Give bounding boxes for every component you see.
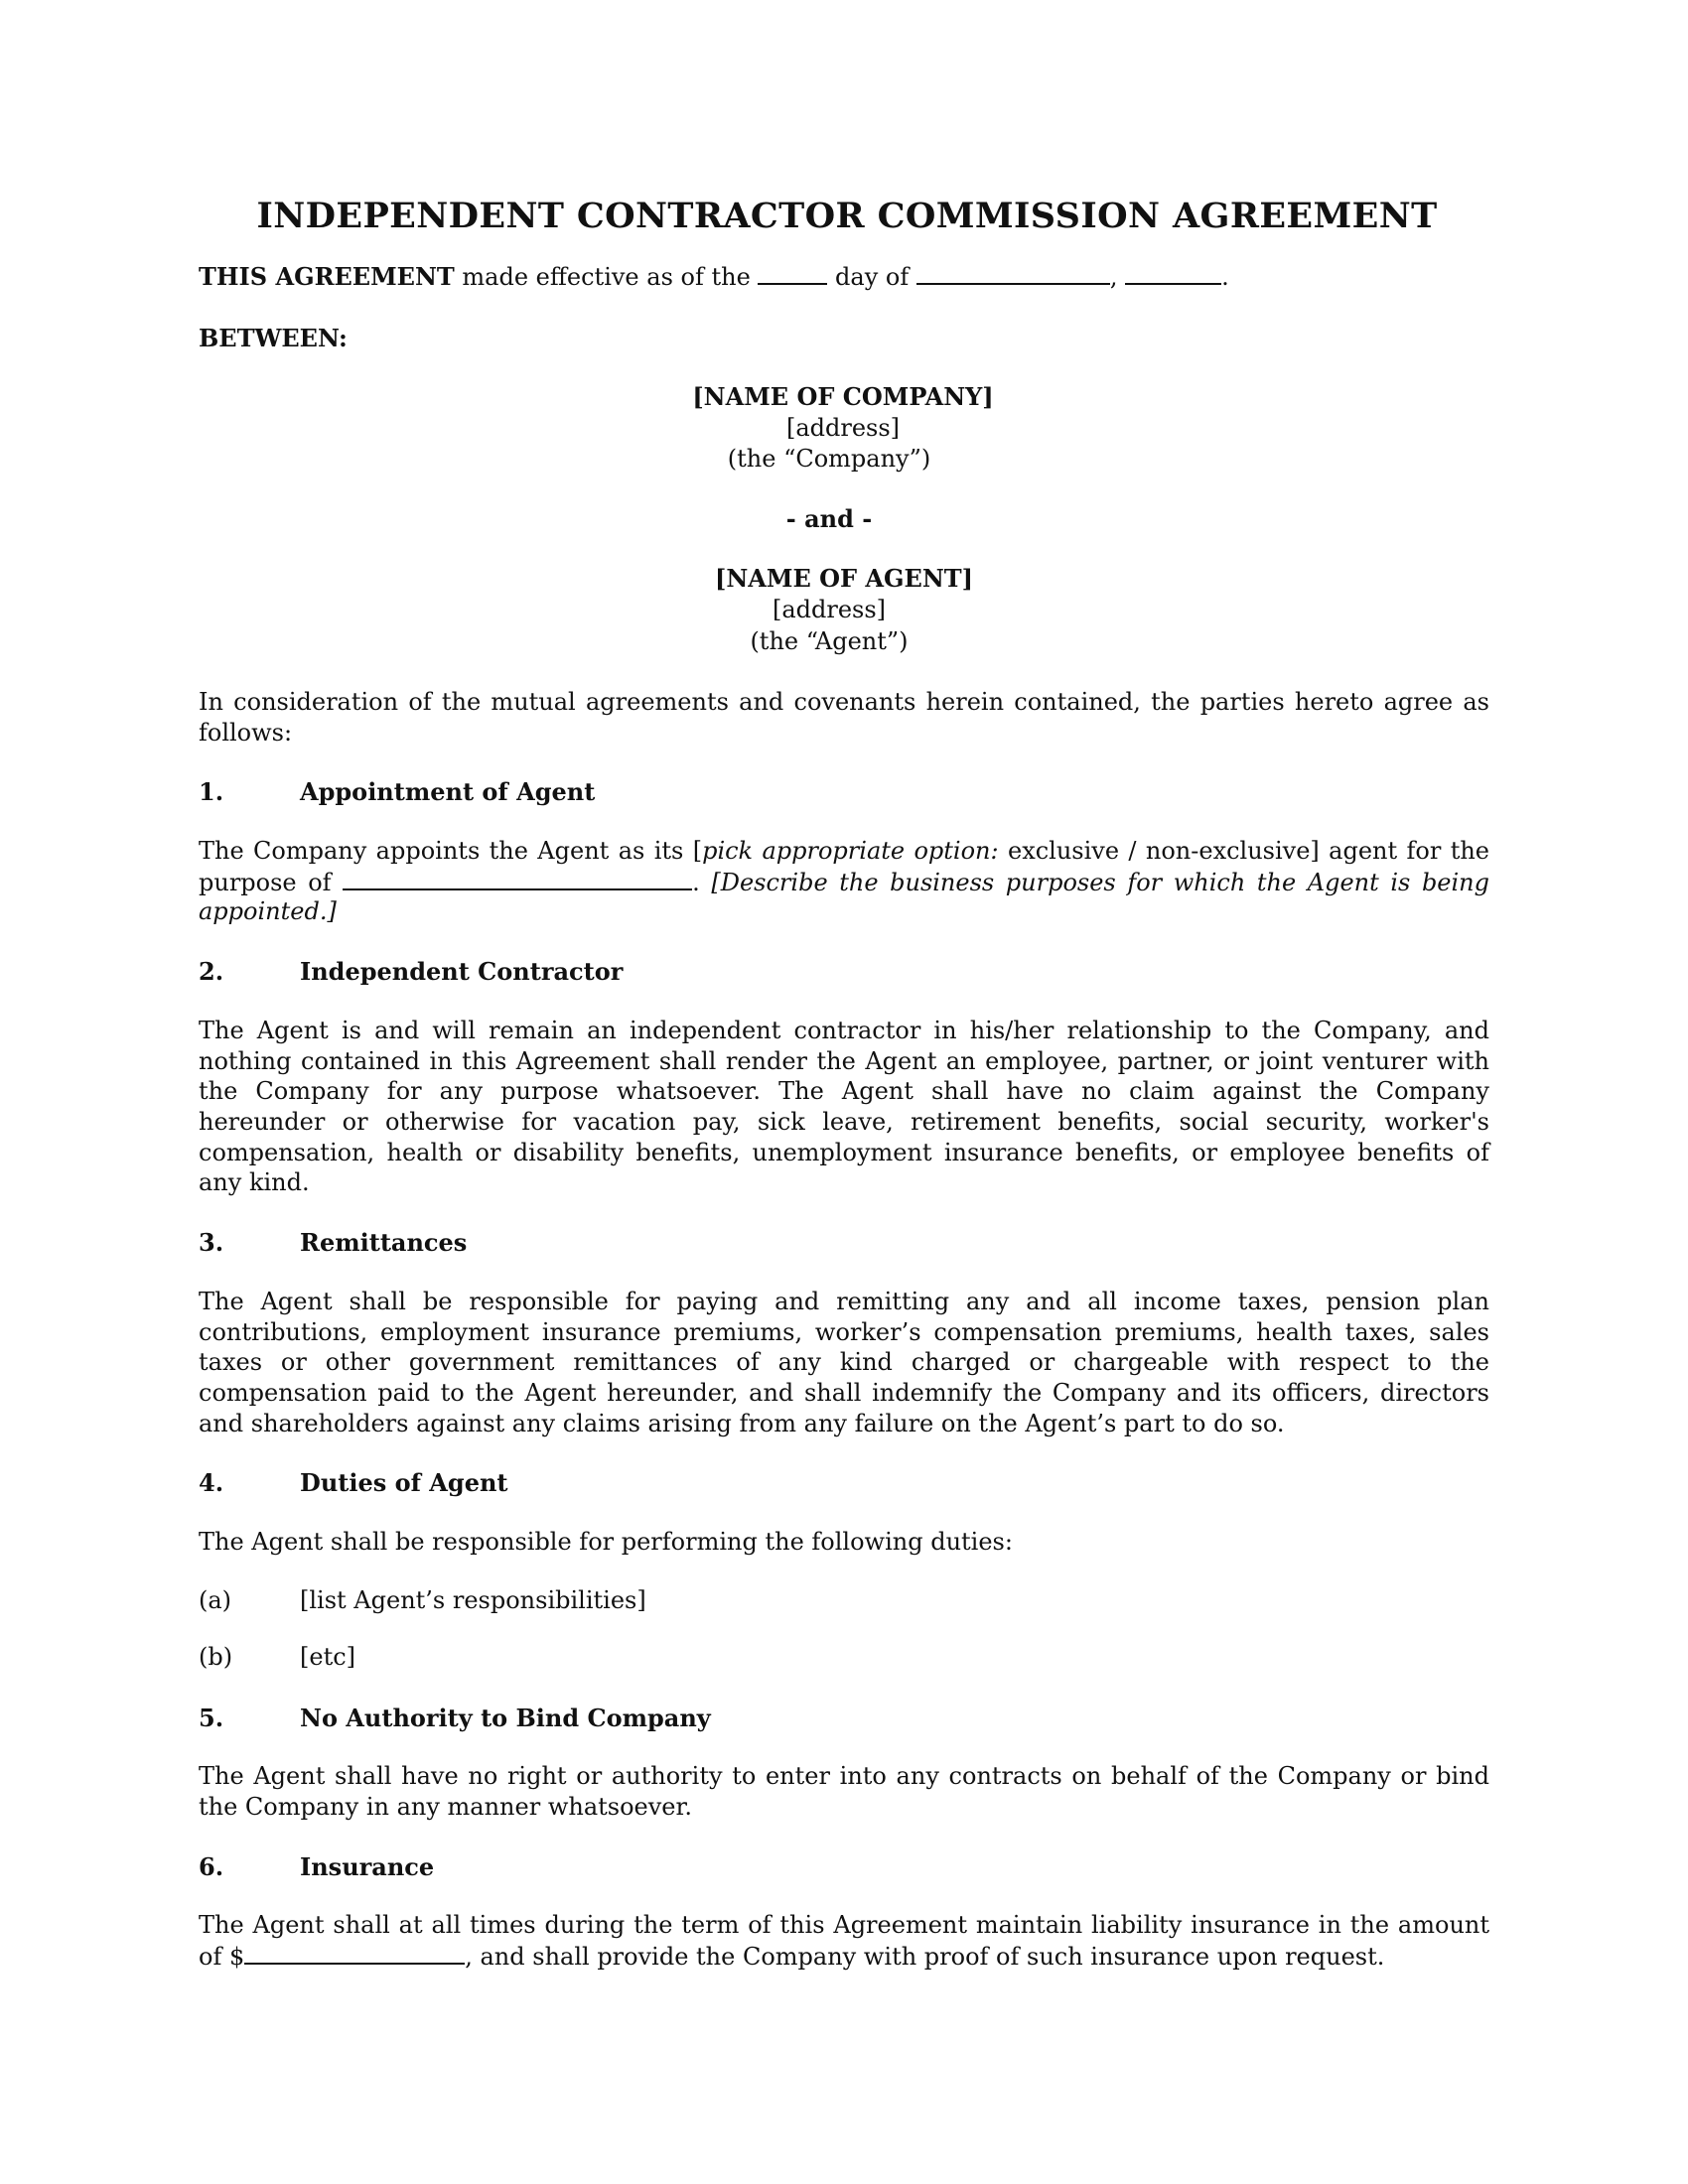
paragraph-line: compensation, health or disability benef… bbox=[199, 1138, 1489, 1168]
paragraph-line: follows: bbox=[199, 718, 1489, 749]
section-number: 6. bbox=[199, 1852, 300, 1883]
document-title: INDEPENDENT CONTRACTOR COMMISSION AGREEM… bbox=[0, 195, 1688, 238]
paragraph-line: compensation paid to the Agent hereunder… bbox=[199, 1378, 1489, 1409]
item-text: [list Agent’s responsibilities] bbox=[300, 1586, 646, 1614]
paragraph-line: The Company appoints the Agent as its [p… bbox=[199, 836, 1489, 867]
year-blank[interactable] bbox=[1125, 261, 1221, 285]
paragraph-line: the Company in any manner whatsoever. bbox=[199, 1792, 1489, 1823]
section-3-heading: 3.Remittances bbox=[199, 1228, 467, 1259]
instruction-text: pick appropriate option: bbox=[702, 837, 999, 865]
paragraph-line: nothing contained in this Agreement shal… bbox=[199, 1046, 1489, 1077]
paragraph-line: hereunder or otherwise for vacation pay,… bbox=[199, 1107, 1489, 1138]
parties-separator: - and - bbox=[675, 504, 983, 535]
item-text: [etc] bbox=[300, 1643, 355, 1671]
intro-text-3: , bbox=[1110, 263, 1125, 291]
section-5-heading: 5.No Authority to Bind Company bbox=[199, 1704, 711, 1734]
intro-text-4: . bbox=[1221, 263, 1229, 291]
consideration-paragraph: In consideration of the mutual agreement… bbox=[199, 687, 1489, 748]
section-title: Appointment of Agent bbox=[300, 777, 595, 806]
paragraph-line: contributions, employment insurance prem… bbox=[199, 1317, 1489, 1348]
text-run: exclusive / non-exclusive] agent for the bbox=[999, 837, 1489, 865]
paragraph-line: purpose of . [Describe the business purp… bbox=[199, 867, 1489, 897]
paragraph-line: The Agent is and will remain an independ… bbox=[199, 1016, 1489, 1046]
section-2-body: The Agent is and will remain an independ… bbox=[199, 1016, 1489, 1198]
text-run: , and shall provide the Company with pro… bbox=[465, 1943, 1384, 1971]
section-number: 5. bbox=[199, 1704, 300, 1734]
document-page: INDEPENDENT CONTRACTOR COMMISSION AGREEM… bbox=[0, 0, 1688, 2184]
duty-item-a: (a)[list Agent’s responsibilities] bbox=[199, 1585, 646, 1616]
section-number: 1. bbox=[199, 777, 300, 808]
intro-text-1: made effective as of the bbox=[455, 263, 759, 291]
section-title: Independent Contractor bbox=[300, 957, 623, 986]
section-6-body: The Agent shall at all times during the … bbox=[199, 1910, 1489, 1971]
paragraph-line: In consideration of the mutual agreement… bbox=[199, 687, 1489, 718]
section-4-heading: 4.Duties of Agent bbox=[199, 1468, 508, 1499]
paragraph-line: and shareholders against any claims aris… bbox=[199, 1409, 1489, 1439]
company-name: [NAME OF COMPANY] bbox=[689, 382, 997, 413]
paragraph-line: any kind. bbox=[199, 1167, 1489, 1198]
section-title: Insurance bbox=[300, 1852, 434, 1881]
paragraph-line: taxes or other government remittances of… bbox=[199, 1347, 1489, 1378]
section-1-heading: 1.Appointment of Agent bbox=[199, 777, 595, 808]
section-2-heading: 2.Independent Contractor bbox=[199, 957, 623, 988]
section-number: 2. bbox=[199, 957, 300, 988]
section-4-body: The Agent shall be responsible for perfo… bbox=[199, 1527, 1013, 1558]
paragraph-line: appointed.] bbox=[199, 896, 1489, 927]
section-1-body: The Company appoints the Agent as its [p… bbox=[199, 836, 1489, 927]
intro-text-2: day of bbox=[827, 263, 915, 291]
agreement-lead: THIS AGREEMENT bbox=[199, 262, 455, 291]
instruction-text: [Describe the business purposes for whic… bbox=[711, 869, 1489, 896]
section-title: Remittances bbox=[300, 1228, 467, 1257]
section-number: 4. bbox=[199, 1468, 300, 1499]
text-run: of $ bbox=[199, 1943, 244, 1971]
paragraph-line: The Agent shall have no right or authori… bbox=[199, 1761, 1489, 1792]
purpose-blank[interactable] bbox=[343, 867, 692, 890]
paragraph-line: The Agent shall at all times during the … bbox=[199, 1910, 1489, 1941]
section-6-heading: 6.Insurance bbox=[199, 1852, 434, 1883]
insurance-amount-blank[interactable] bbox=[244, 1941, 465, 1965]
day-blank[interactable] bbox=[758, 261, 827, 285]
effective-date-line: THIS AGREEMENT made effective as of the … bbox=[199, 261, 1229, 293]
item-label: (b) bbox=[199, 1642, 300, 1673]
text-run: . bbox=[692, 869, 711, 896]
section-title: No Authority to Bind Company bbox=[300, 1704, 711, 1732]
section-number: 3. bbox=[199, 1228, 300, 1259]
between-label: BETWEEN: bbox=[199, 324, 348, 354]
item-label: (a) bbox=[199, 1585, 300, 1616]
company-defined-term: (the “Company”) bbox=[675, 444, 983, 475]
paragraph-line: of $, and shall provide the Company with… bbox=[199, 1941, 1489, 1972]
month-blank[interactable] bbox=[916, 261, 1110, 285]
section-title: Duties of Agent bbox=[300, 1468, 508, 1497]
text-run: The Company appoints the Agent as its [ bbox=[199, 837, 702, 865]
duty-item-b: (b)[etc] bbox=[199, 1642, 355, 1673]
paragraph-line: the Company for any purpose whatsoever. … bbox=[199, 1076, 1489, 1107]
section-5-body: The Agent shall have no right or authori… bbox=[199, 1761, 1489, 1822]
text-run: purpose of bbox=[199, 869, 343, 896]
section-3-body: The Agent shall be responsible for payin… bbox=[199, 1287, 1489, 1438]
agent-address: [address] bbox=[675, 595, 983, 625]
paragraph-line: The Agent shall be responsible for payin… bbox=[199, 1287, 1489, 1317]
agent-defined-term: (the “Agent”) bbox=[675, 626, 983, 657]
company-address: [address] bbox=[689, 413, 997, 444]
agent-name: [NAME OF AGENT] bbox=[690, 564, 998, 595]
